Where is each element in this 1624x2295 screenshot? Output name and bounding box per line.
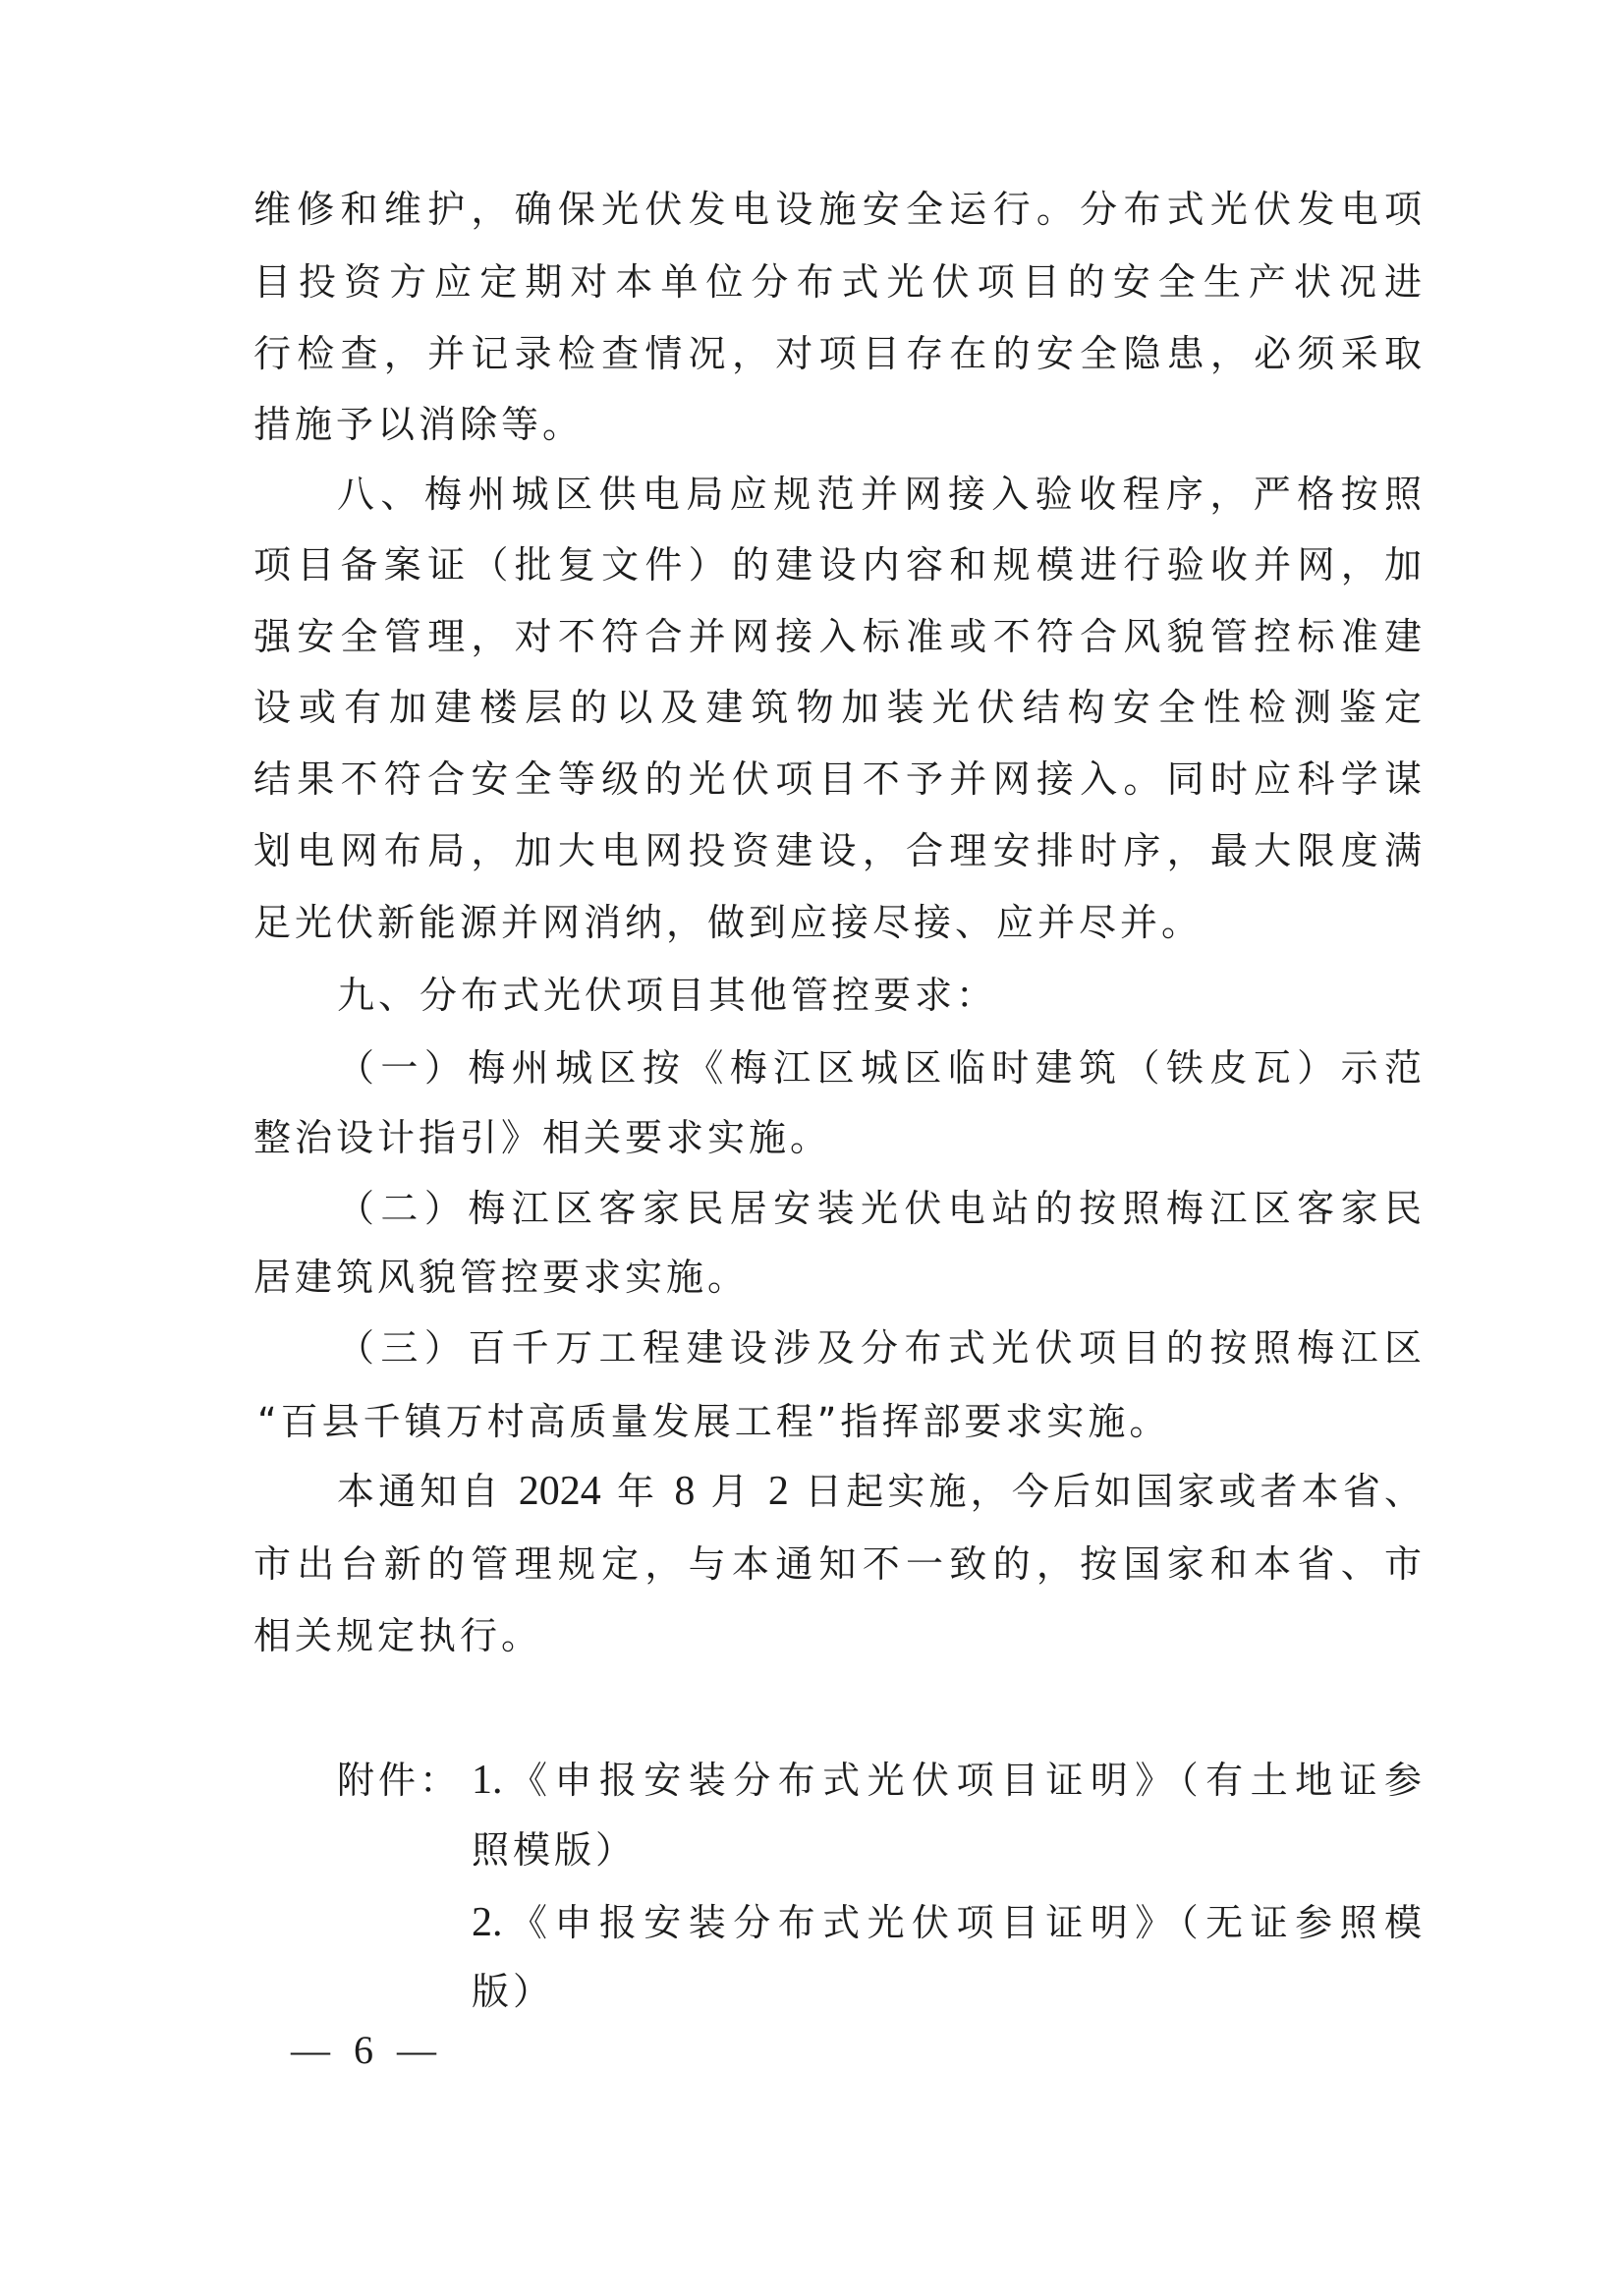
effective-date-line: 本通知自 2024 年 8 月 2 日起实施，今后如国家或者本省、	[337, 1467, 1422, 1516]
attachment-number: 2.	[472, 1900, 503, 1945]
attachment-item-2-continued: 版）	[472, 1967, 554, 2016]
page-number: — 6 —	[291, 2026, 436, 2075]
sub-item-2-line: 居建筑风貌管控要求实施。	[253, 1253, 749, 1302]
body-text-line: 维修和维护，确保光伏发电设施安全运行。分布式光伏发电项	[253, 185, 1422, 234]
attachment-item-2: 2.《申报安装分布式光伏项目证明》（无证参照模	[472, 1898, 1422, 1947]
year-unit: 年	[617, 1470, 658, 1513]
sub-item-1-line: 整治设计指引》相关要求实施。	[253, 1113, 831, 1162]
sub-item-1-line: （一）梅州城区按《梅江区城区临时建筑（铁皮瓦）示范	[337, 1043, 1422, 1092]
attachment-title: 《申报安装分布式光伏项目证明》（无证参照模	[503, 1901, 1423, 1944]
page-dash-left: —	[291, 2028, 330, 2072]
effective-year: 2024	[519, 1469, 601, 1514]
month-unit: 月	[711, 1470, 753, 1513]
body-text-line: 相关规定执行。	[253, 1611, 542, 1660]
body-text-line: 项目备案证（批复文件）的建设内容和规模进行验收并网，加	[253, 540, 1422, 589]
effective-month: 8	[674, 1469, 695, 1514]
page-dash-right: —	[397, 2028, 436, 2072]
body-text-line: 结果不符合安全等级的光伏项目不予并网接入。同时应科学谋	[253, 755, 1422, 804]
document-page: 维修和维护，确保光伏发电设施安全运行。分布式光伏发电项 目投资方应定期对本单位分…	[0, 0, 1624, 2295]
body-text-line: 行检查，并记录检查情况，对项目存在的安全隐患，必须采取	[253, 329, 1422, 378]
attachment-title: 《申报安装分布式光伏项目证明》（有土地证参	[503, 1759, 1423, 1802]
body-text-line: 强安全管理，对不符合并网接入标准或不符合风貌管控标准建	[253, 612, 1422, 661]
sub-item-3-line: （三）百千万工程建设涉及分布式光伏项目的按照梅江区	[337, 1323, 1422, 1372]
attachment-item-1: 1.《申报安装分布式光伏项目证明》（有土地证参	[472, 1756, 1422, 1805]
attachments-label: 附件：	[337, 1756, 461, 1805]
body-text-line: 市出台新的管理规定，与本通知不一致的，按国家和本省、市	[253, 1539, 1422, 1589]
body-text-line: 目投资方应定期对本单位分布式光伏项目的安全生产状况进	[253, 257, 1422, 307]
body-text-line: 划电网布局，加大电网投资建设，合理安排时序，最大限度满	[253, 826, 1422, 875]
attachment-number: 1.	[472, 1758, 503, 1803]
effective-suffix: 日起实施，今后如国家或者本省、	[805, 1470, 1422, 1513]
body-text-line: 足光伏新能源并网消纳，做到应接尽接、应并尽并。	[253, 898, 1203, 947]
effective-day: 2	[768, 1469, 789, 1514]
sub-item-2-line: （二）梅江区客家民居安装光伏电站的按照梅江区客家民	[337, 1184, 1422, 1233]
section-9-heading: 九、分布式光伏项目其他管控要求：	[337, 971, 997, 1020]
attachment-item-1-continued: 照模版）	[472, 1825, 637, 1875]
effective-prefix: 本通知自	[337, 1470, 503, 1513]
section-8-first-line: 八、梅州城区供电局应规范并网接入验收程序，严格按照	[337, 470, 1422, 519]
body-text-line: 设或有加建楼层的以及建筑物加装光伏结构安全性检测鉴定	[253, 683, 1422, 732]
sub-item-3-line: “百县千镇万村高质量发展工程”指挥部要求实施。	[257, 1397, 1170, 1446]
body-text-line: 措施予以消除等。	[253, 400, 584, 449]
page-number-value: 6	[354, 2028, 373, 2072]
